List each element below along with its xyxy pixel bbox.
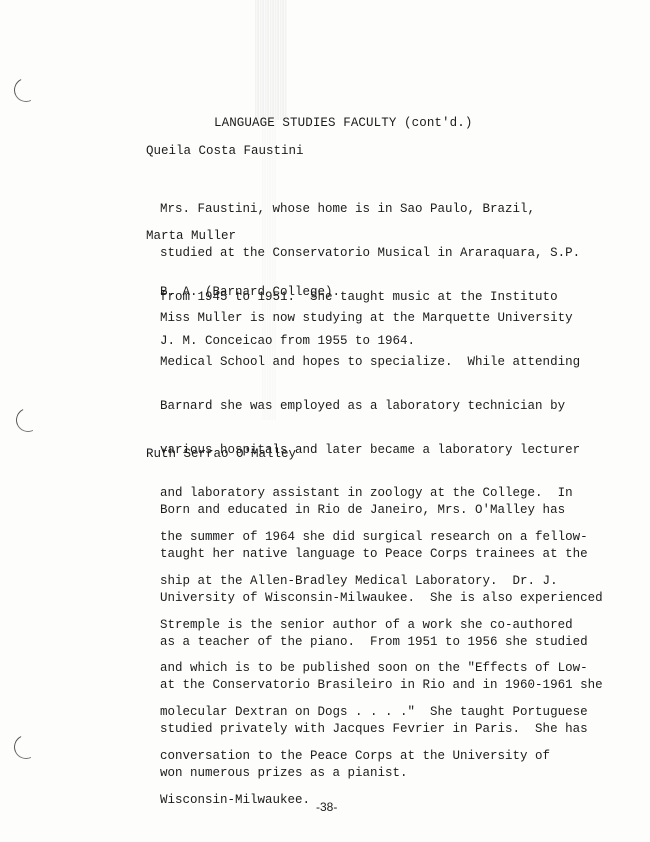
text-line: University of Wisconsin-Milwaukee. She i… bbox=[160, 591, 603, 606]
text-line: won numerous prizes as a pianist. bbox=[160, 766, 603, 781]
text-line: Mrs. Faustini, whose home is in Sao Paul… bbox=[160, 202, 580, 217]
scan-artifact bbox=[255, 0, 287, 120]
faculty-name: Marta Muller bbox=[146, 229, 236, 243]
punch-hole-icon bbox=[13, 405, 44, 436]
document-page: LANGUAGE STUDIES FACULTY (cont'd.) Queil… bbox=[0, 0, 650, 842]
punch-hole-icon bbox=[11, 75, 42, 106]
faculty-name: Ruth Serrao O'Malley bbox=[146, 447, 296, 461]
text-line: at the Conservatorio Brasileiro in Rio a… bbox=[160, 678, 603, 693]
page-number: -38- bbox=[316, 800, 337, 814]
faculty-name: Queila Costa Faustini bbox=[146, 144, 304, 158]
punch-hole-icon bbox=[11, 732, 42, 763]
text-line: Barnard she was employed as a laboratory… bbox=[160, 399, 588, 414]
text-line: Born and educated in Rio de Janeiro, Mrs… bbox=[160, 503, 603, 518]
page-heading: LANGUAGE STUDIES FACULTY (cont'd.) bbox=[214, 116, 472, 130]
text-line: Miss Muller is now studying at the Marqu… bbox=[160, 311, 588, 326]
text-line: Medical School and hopes to specialize. … bbox=[160, 355, 588, 370]
text-line: taught her native language to Peace Corp… bbox=[160, 547, 603, 562]
text-line: studied privately with Jacques Fevrier i… bbox=[160, 722, 603, 737]
faculty-bio-paragraph: Born and educated in Rio de Janeiro, Mrs… bbox=[160, 474, 603, 810]
text-line: as a teacher of the piano. From 1951 to … bbox=[160, 635, 603, 650]
